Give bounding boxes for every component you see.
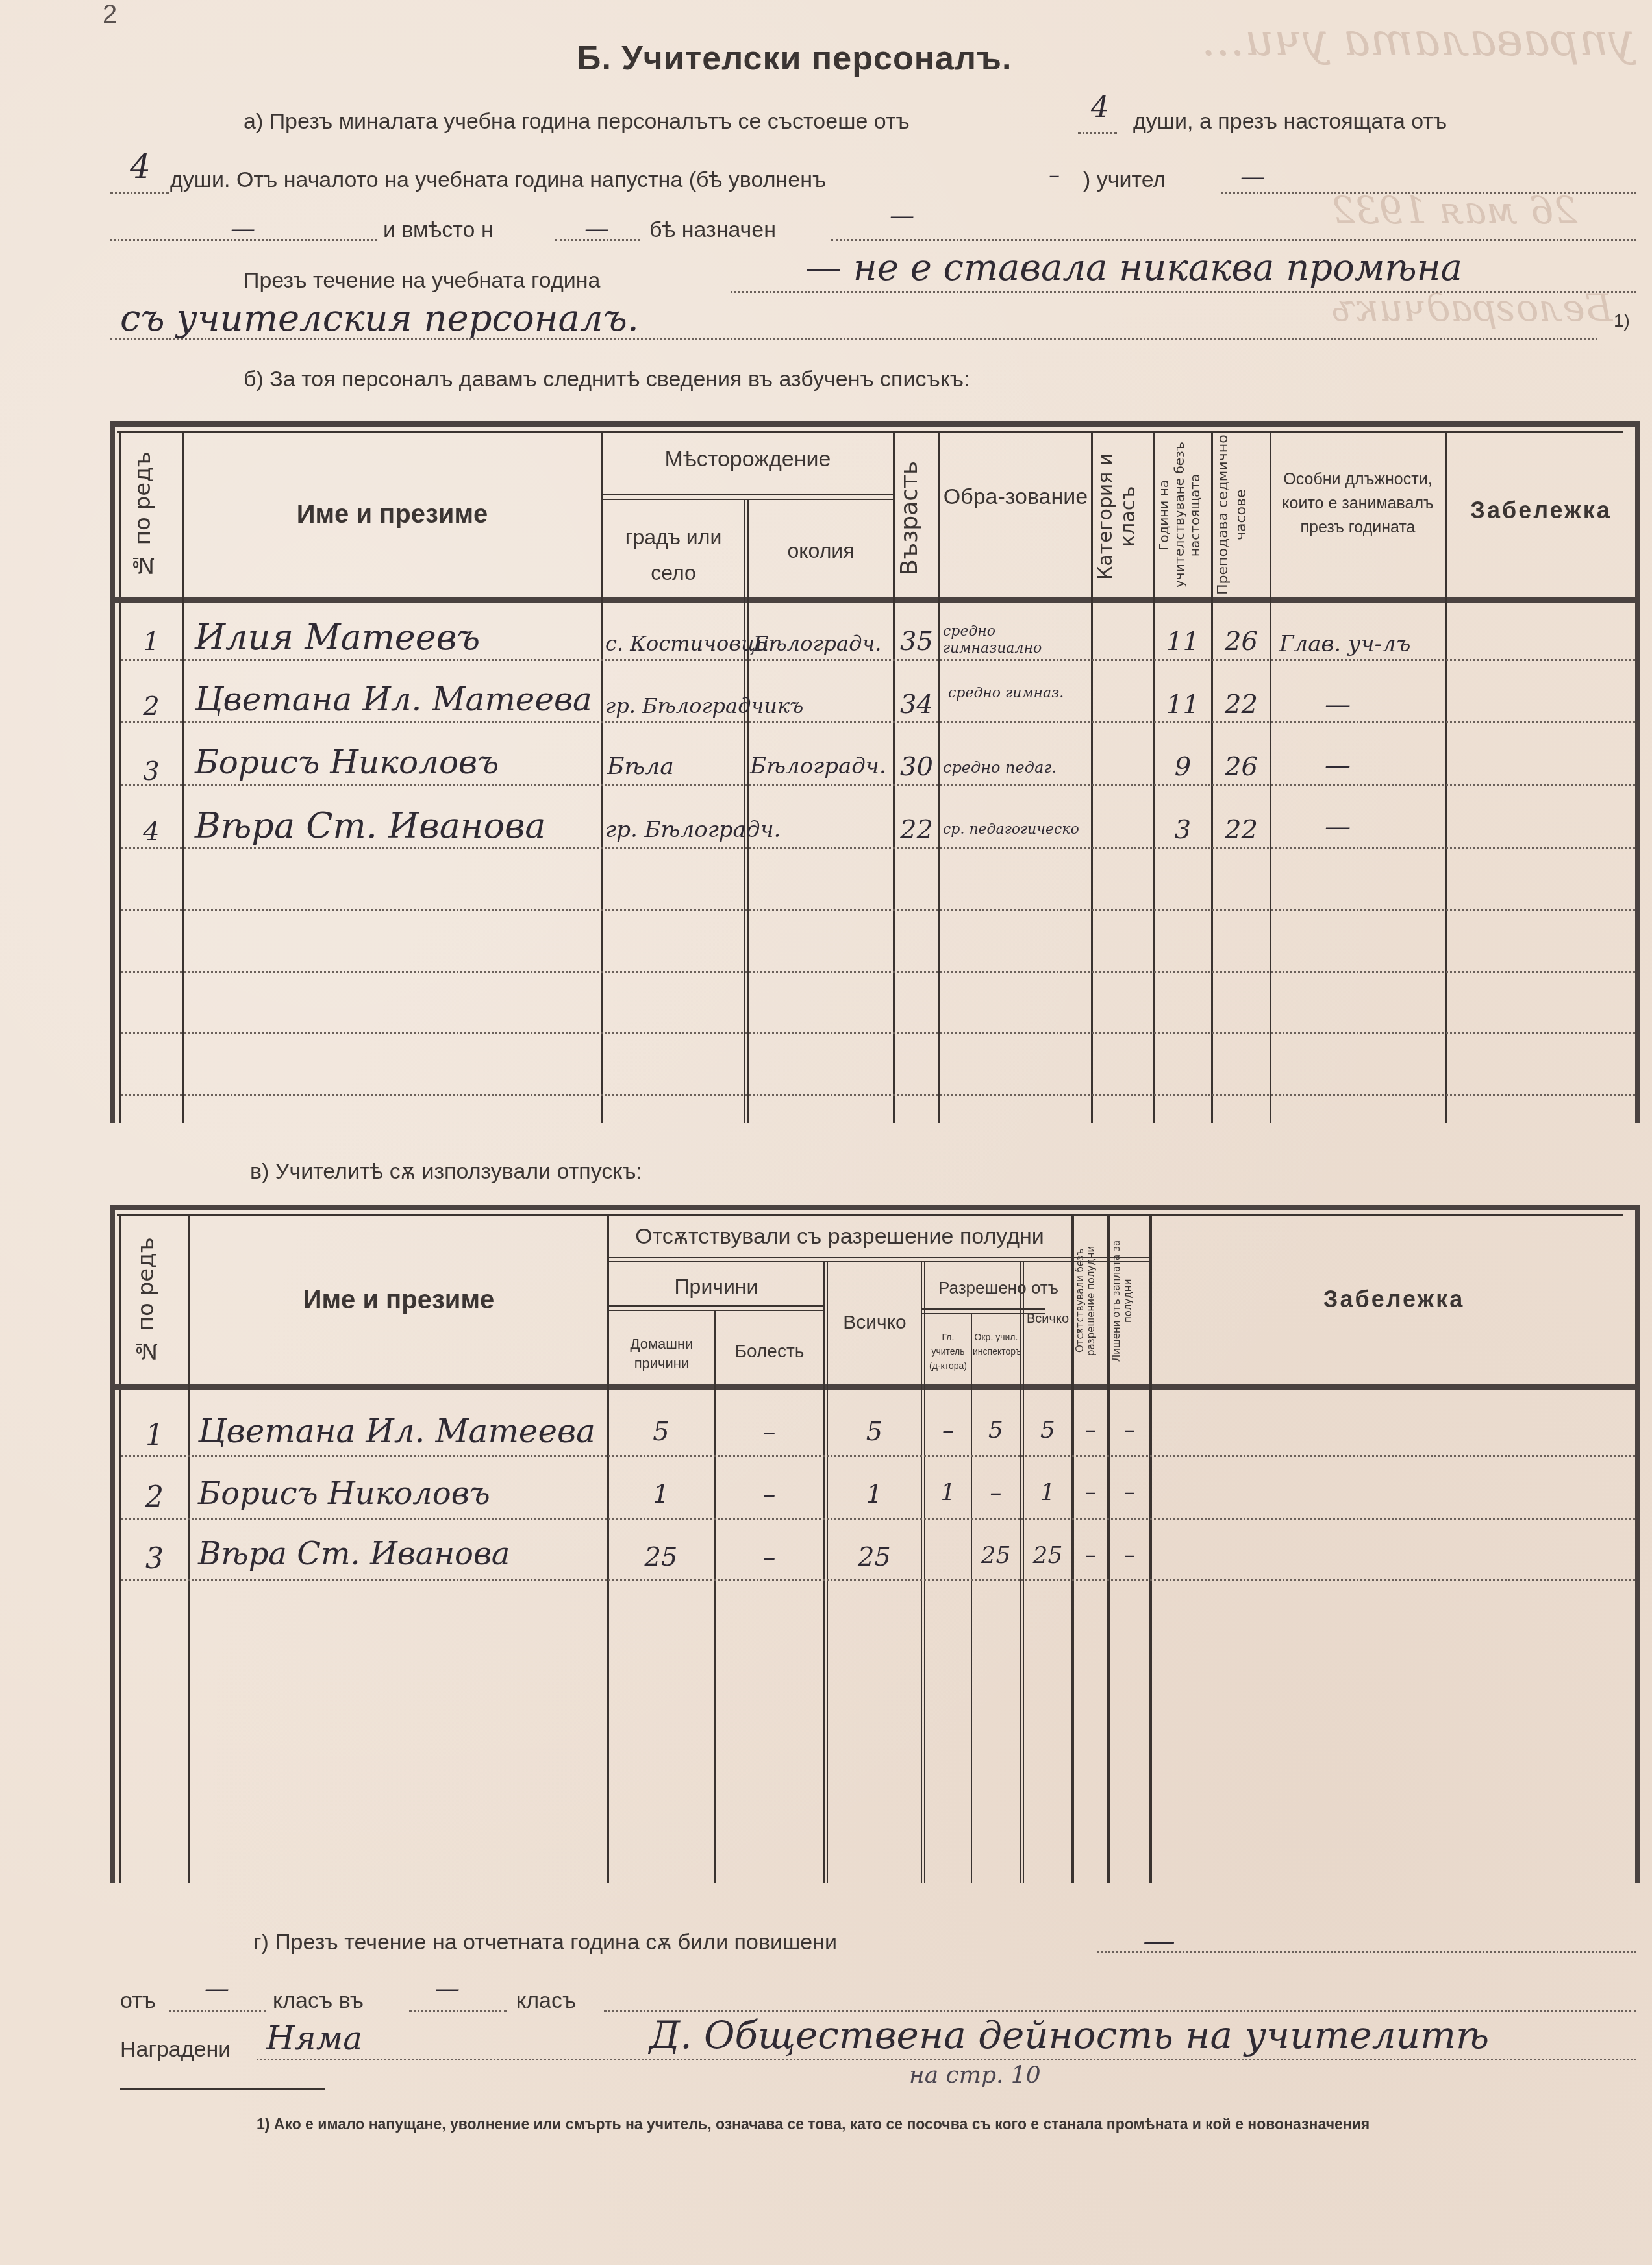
- row-separator: [121, 971, 1635, 973]
- table-border: [1635, 1205, 1640, 1883]
- cell-name: Борисъ Николовъ: [198, 1475, 490, 1512]
- column-divider: [601, 431, 603, 1123]
- cell-hours: 26: [1213, 627, 1270, 657]
- blank-line: [409, 2010, 507, 2012]
- blank-line: [1078, 132, 1117, 134]
- cell-name: Илия Матеевъ: [195, 617, 480, 658]
- table-border: [110, 421, 115, 1123]
- cell-hours: 22: [1213, 815, 1270, 845]
- cell-no: 1: [121, 1419, 188, 1452]
- header-note: Забележка: [1447, 497, 1635, 524]
- table-border: [922, 1308, 1045, 1310]
- column-divider: [1445, 431, 1447, 1123]
- cell-no: 4: [121, 817, 182, 847]
- from-label: отъ: [120, 1988, 156, 2014]
- header-illness: Болесть: [717, 1341, 822, 1362]
- cell-age: 22: [895, 815, 938, 845]
- blank-line: [257, 2059, 1636, 2060]
- table-border: [607, 1310, 825, 1311]
- blank-line: [169, 2010, 266, 2012]
- header-no: № по редъ: [130, 435, 175, 594]
- header-birthplace: Мѣсторождение: [603, 447, 893, 472]
- cell-total1: 25: [828, 1542, 921, 1572]
- section-a-line3-text: и вмѣсто н: [383, 218, 494, 243]
- section-c-label: в) Учителитѣ сѫ използували отпускъ:: [250, 1159, 642, 1184]
- cell-total2: 25: [1024, 1542, 1071, 1569]
- column-divider: [971, 1314, 972, 1883]
- cell-inspector: 5: [972, 1417, 1020, 1444]
- table-border: [607, 1257, 1149, 1258]
- row-separator: [121, 1094, 1635, 1096]
- section-d-label: г) Презъ течение на отчетната година сѫ …: [253, 1930, 837, 1955]
- header-category: Категория и класъ: [1094, 438, 1151, 594]
- cell-home: 1: [609, 1479, 713, 1509]
- table-border: [110, 1205, 115, 1883]
- cell-district: Бѣлоградч.: [753, 631, 881, 656]
- cell-illness: –: [716, 1542, 823, 1572]
- section-a-line1-mid: души, а презъ настоящата отъ: [1133, 109, 1447, 134]
- table-border: [110, 421, 1636, 427]
- header-deprived: Лишени отъ заплата за полудни: [1110, 1220, 1149, 1382]
- header-name: Име и презиме: [190, 1286, 607, 1315]
- header-town: градъ или село: [605, 519, 742, 591]
- blank-line: [110, 192, 169, 194]
- cell-education: средно гимназ.: [948, 685, 1088, 702]
- cell-name: Цветана Ил. Матеева: [195, 681, 592, 718]
- cell-education: средно гимназиално: [943, 623, 1089, 657]
- cell-town: гр. Бѣлоградчикъ: [605, 694, 803, 718]
- column-divider: [1270, 431, 1271, 1123]
- header-head-teacher: Гл. учитель (д-ктора): [925, 1330, 971, 1373]
- cell-head-teacher: –: [925, 1417, 971, 1444]
- cell-age: 34: [895, 690, 938, 720]
- remark-text: Д. Обществена дейность на учителитѣ: [649, 2013, 1489, 2057]
- header-inspector: Окр. учил. инспекторъ: [973, 1330, 1020, 1358]
- remark-reference: на стр. 10: [909, 2062, 1041, 2088]
- section-b-label: б) За тоя персоналъ давамъ следнитѣ свед…: [244, 367, 970, 392]
- header-reasons: Причини: [609, 1275, 823, 1299]
- column-divider: [1023, 1262, 1024, 1883]
- cell-total2: 1: [1024, 1479, 1071, 1506]
- row-separator: [121, 659, 1635, 661]
- table-border: [110, 1205, 1636, 1210]
- cell-town: гр. Бѣлоградч.: [605, 817, 781, 843]
- to-value: —: [435, 1974, 460, 2003]
- cell-education: средно педаг.: [943, 758, 1057, 777]
- awarded-value: Няма: [266, 2020, 362, 2057]
- header-education: Обра-зование: [940, 477, 1091, 516]
- class-label: класъ: [516, 1988, 576, 2014]
- cell-hours: 22: [1213, 690, 1270, 720]
- section-a-line4-label: Презъ течение на учебната година: [244, 268, 600, 294]
- row-separator: [121, 1455, 1635, 1457]
- cell-name: Вѣра Ст. Иванова: [195, 805, 546, 846]
- page-title: Б. Учителски персоналъ.: [577, 39, 1012, 78]
- cell-hours: 26: [1213, 752, 1270, 782]
- section-a-line2-text: души. Отъ началото на учебната година на…: [170, 168, 826, 193]
- cell-age: 30: [895, 752, 938, 782]
- header-permitted-by: Разрешено отъ: [925, 1278, 1071, 1298]
- cell-no: 1: [121, 627, 182, 657]
- prev-year-count: 4: [1091, 91, 1109, 124]
- cell-years: 11: [1155, 690, 1211, 720]
- dismissed-value: –: [1049, 162, 1060, 188]
- staff-change-value-cont: съ учителския персоналъ.: [120, 297, 639, 340]
- cell-head-teacher: 1: [925, 1479, 971, 1506]
- row-separator: [121, 1579, 1635, 1581]
- cell-no: 2: [121, 1481, 188, 1514]
- cell-absent-without: –: [1074, 1417, 1107, 1443]
- cell-absent-without: –: [1074, 1479, 1107, 1505]
- current-year-count: 4: [130, 148, 151, 186]
- table-border: [601, 499, 893, 500]
- section-a-line3-text2: бѣ назначен: [649, 218, 776, 243]
- footnote-text: 1) Ако е имало напущане, уволнение или с…: [257, 2116, 1370, 2133]
- header-years: Години на учителствуване безъ настоящата: [1156, 434, 1210, 596]
- promoted-value: —: [1143, 1922, 1175, 1960]
- cell-inspector: –: [972, 1479, 1020, 1506]
- header-total2: Всичко: [1024, 1312, 1071, 1327]
- header-hours: Преподава седмично часове: [1214, 434, 1268, 596]
- cell-duties: Глав. уч-лъ: [1279, 631, 1411, 657]
- cell-no: 3: [121, 1542, 188, 1575]
- section-a-line1-text: а) Презъ миналата учебна година персонал…: [244, 109, 910, 134]
- row-separator: [121, 847, 1635, 849]
- table-border: [607, 1261, 1149, 1262]
- line3-left-value: —: [231, 214, 255, 243]
- cell-no: 2: [121, 692, 182, 721]
- column-divider: [921, 1262, 922, 1883]
- header-absent-with-permission: Отсѫтствували съ разрешение полудни: [609, 1224, 1070, 1249]
- section-a-line2-close: ) учител: [1083, 168, 1166, 193]
- cell-years: 9: [1155, 752, 1211, 782]
- table-border: [601, 494, 893, 495]
- cell-illness: –: [716, 1417, 823, 1447]
- cell-inspector: 25: [972, 1542, 1020, 1569]
- cell-age: 35: [895, 627, 938, 657]
- from-value: —: [205, 1974, 229, 2003]
- cell-district: Бѣлоградч.: [750, 753, 886, 779]
- column-divider: [1091, 431, 1093, 1123]
- row-separator: [121, 1518, 1635, 1520]
- cell-duties: —: [1273, 750, 1403, 780]
- column-divider: [1149, 1214, 1152, 1883]
- column-divider: [714, 1311, 716, 1883]
- blank-line: [604, 2010, 1636, 2012]
- cell-deprived: –: [1110, 1479, 1149, 1505]
- row-separator: [121, 721, 1635, 723]
- cell-education: ср. педагогическо: [943, 821, 1079, 838]
- row-separator: [121, 1032, 1635, 1034]
- cell-home: 25: [609, 1542, 713, 1572]
- table-border: [607, 1305, 825, 1307]
- blank-line: [731, 291, 1636, 293]
- row-separator: [121, 909, 1635, 911]
- table-border: [117, 1214, 1623, 1216]
- header-duties: Особни длъжности, които е занимавалъ пре…: [1273, 468, 1443, 540]
- header-name: Име и презиме: [184, 500, 601, 529]
- blank-line: [1097, 1951, 1636, 1953]
- bleed-through-text: управалата учи...: [1201, 13, 1634, 66]
- column-divider: [182, 431, 184, 1123]
- header-absent-without: Отсѫтствували безъ разрешение полудни: [1075, 1220, 1107, 1382]
- column-divider: [744, 500, 745, 1123]
- appointed-value: —: [890, 201, 914, 230]
- column-divider: [938, 431, 940, 1123]
- header-home: Домашни причини: [610, 1334, 713, 1373]
- teacher-left-value: —: [1240, 162, 1265, 191]
- divider-line: [120, 2088, 325, 2090]
- column-divider: [823, 1262, 825, 1883]
- table-border: [110, 1384, 1636, 1390]
- table-border: [1635, 421, 1640, 1123]
- cell-absent-without: –: [1074, 1542, 1107, 1568]
- header-age: Възрасть: [896, 442, 936, 594]
- awarded-label: Наградени: [120, 2037, 231, 2062]
- cell-town: с. Костичовци: [605, 631, 769, 656]
- cell-years: 3: [1155, 815, 1211, 845]
- bleed-through-text: 26 мая 1932: [1331, 188, 1577, 232]
- class-to-label: класъ въ: [273, 1988, 364, 2014]
- cell-illness: –: [716, 1479, 823, 1509]
- cell-name: Цветана Ил. Матеева: [198, 1412, 595, 1450]
- cell-duties: —: [1273, 690, 1403, 720]
- header-total1: Всичко: [829, 1312, 920, 1334]
- blank-line: [831, 239, 1636, 241]
- column-divider: [747, 500, 749, 1123]
- cell-deprived: –: [1110, 1417, 1149, 1443]
- cell-deprived: –: [1110, 1542, 1149, 1568]
- staff-change-value: — не е ставала никаква промѣна: [805, 247, 1462, 289]
- row-separator: [121, 784, 1635, 786]
- blank-line: [1221, 192, 1636, 194]
- cell-duties: —: [1273, 812, 1403, 842]
- cell-town: Бѣла: [607, 753, 674, 780]
- page-number: 2: [103, 0, 117, 29]
- cell-total1: 5: [828, 1417, 921, 1447]
- table-border: [110, 597, 1636, 603]
- table-border: [117, 431, 1623, 433]
- cell-name: Вѣра Ст. Иванова: [198, 1536, 510, 1572]
- column-divider: [827, 1262, 828, 1883]
- line3-mid-value: —: [584, 214, 609, 243]
- cell-total1: 1: [828, 1479, 921, 1509]
- cell-name: Борисъ Николовъ: [195, 744, 499, 781]
- cell-years: 11: [1155, 627, 1211, 657]
- cell-home: 5: [609, 1417, 713, 1447]
- header-note: Забележка: [1153, 1286, 1635, 1313]
- cell-total2: 5: [1024, 1417, 1071, 1444]
- cell-no: 3: [121, 757, 182, 786]
- footnote-marker: 1): [1614, 310, 1630, 331]
- header-district: околия: [750, 539, 892, 563]
- header-no: № по редъ: [133, 1221, 179, 1380]
